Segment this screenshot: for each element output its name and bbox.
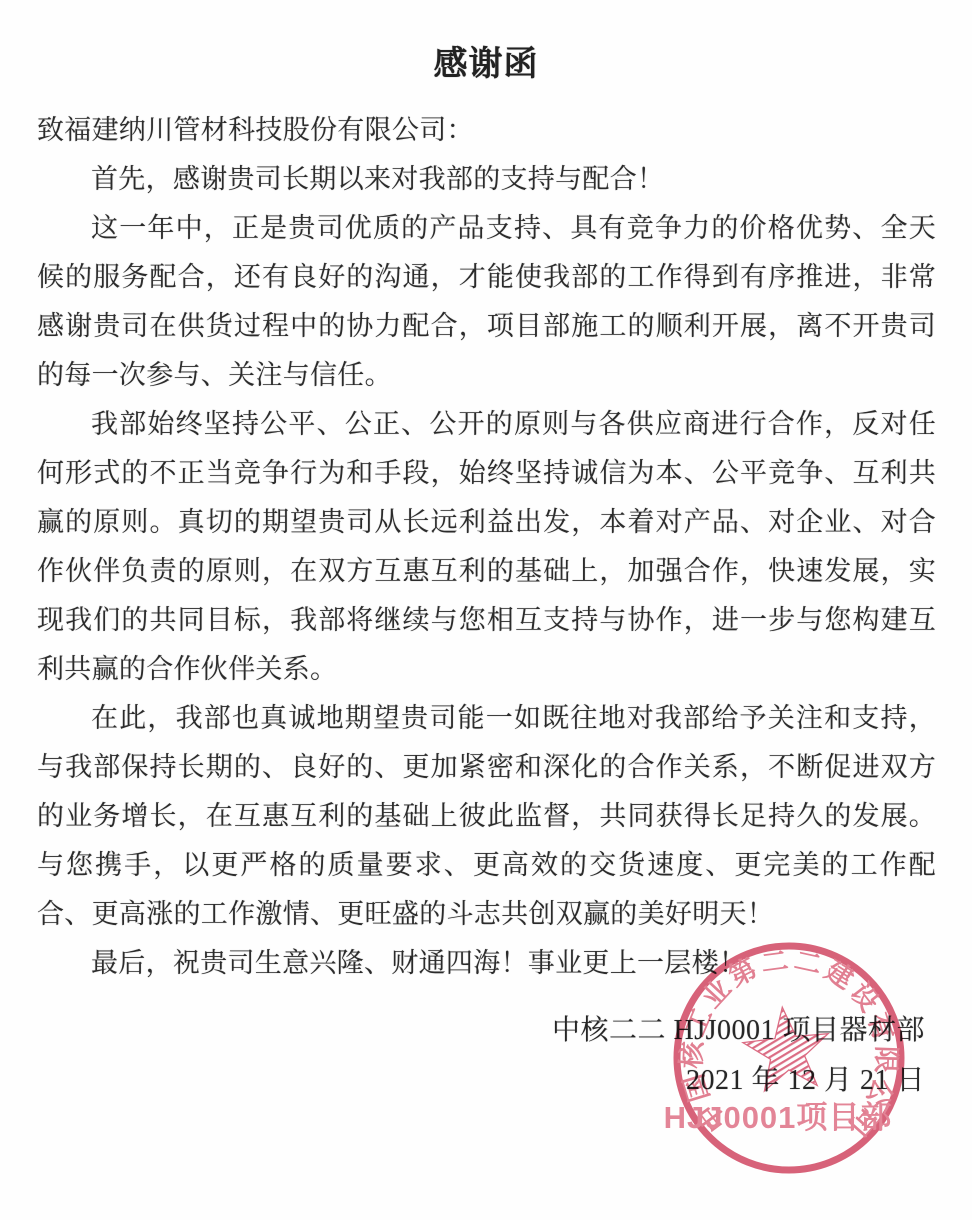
signature-block: 中核二二 HJJ0001 项目器材部 2021 年 12 月 21 日 <box>552 1006 925 1106</box>
paragraph-1: 首先，感谢贵司长期以来对我部的支持与配合！ <box>37 155 936 204</box>
paragraph-5: 最后，祝贵司生意兴隆、财通四海！事业更上一层楼！ <box>37 939 936 988</box>
paragraph-4: 在此，我部也真诚地期望贵司能一如既往地对我部给予关注和支持，与我部保持长期的、良… <box>37 694 936 939</box>
date-line: 2021 年 12 月 21 日 <box>552 1056 925 1106</box>
paragraph-3: 我部始终坚持公平、公正、公开的原则与各供应商进行合作，反对任何形式的不正当竞争行… <box>37 400 936 694</box>
page-title: 感谢函 <box>0 42 972 86</box>
letter-page: 感谢函 致福建纳川管材科技股份有限公司： 首先，感谢贵司长期以来对我部的支持与配… <box>0 0 972 1220</box>
letter-body: 致福建纳川管材科技股份有限公司： 首先，感谢贵司长期以来对我部的支持与配合！ 这… <box>37 106 936 988</box>
signature-line: 中核二二 HJJ0001 项目器材部 <box>552 1006 925 1056</box>
paragraph-2: 这一年中，正是贵司优质的产品支持、具有竞争力的价格优势、全天候的服务配合，还有良… <box>37 204 936 400</box>
salutation: 致福建纳川管材科技股份有限公司： <box>37 106 936 155</box>
